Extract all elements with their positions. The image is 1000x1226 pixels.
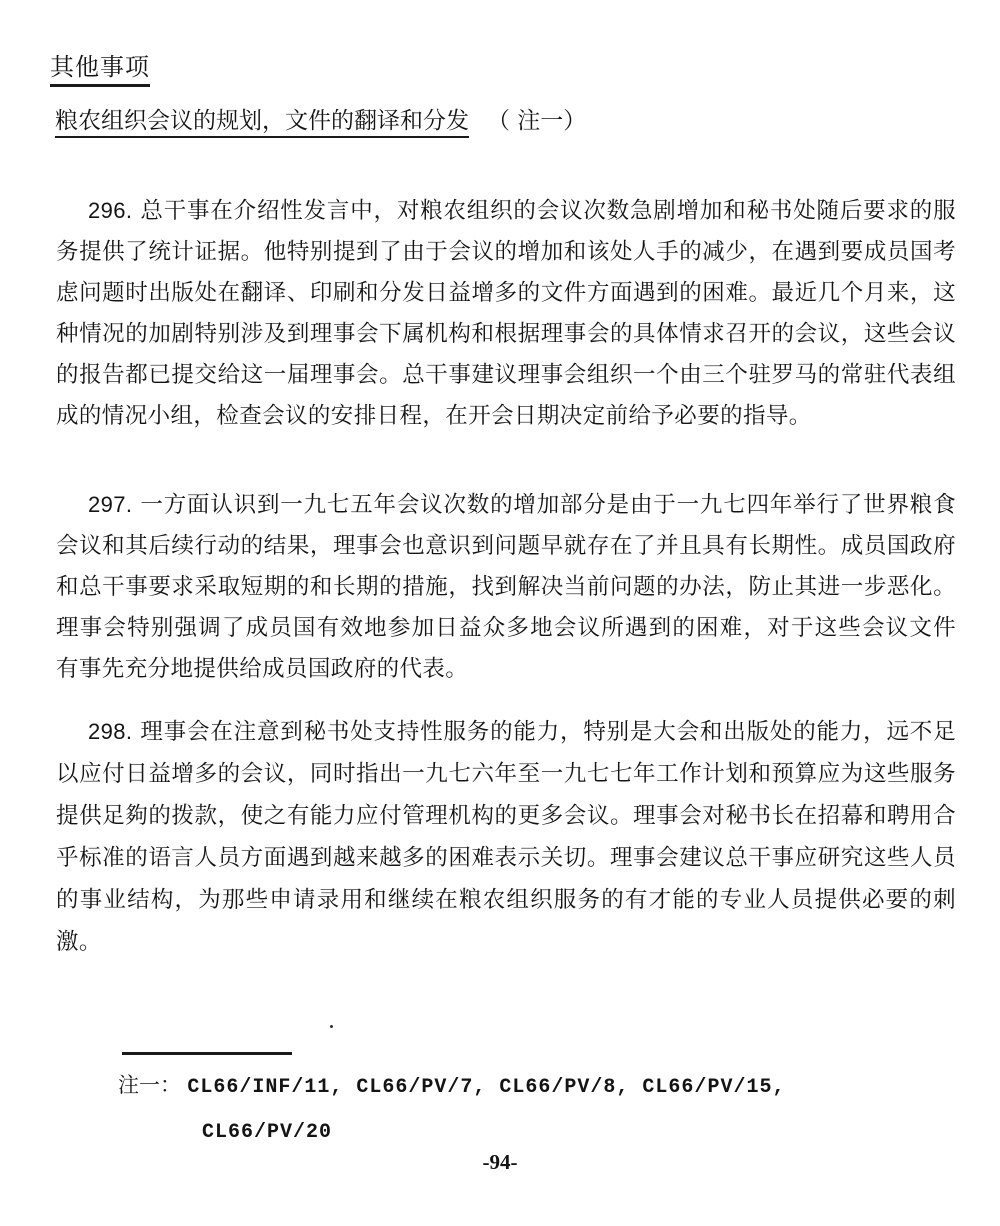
paragraph-text: 一方面认识到一九七五年会议次数的增加部分是由于一九七四年举行了世界粮食会议和其后… bbox=[56, 492, 979, 682]
paragraph-number: 297. bbox=[88, 492, 132, 517]
footnote-divider bbox=[122, 1052, 292, 1055]
footnote-refs-line1: CL66/INF/11, CL66/PV/7, CL66/PV/8, CL66/… bbox=[187, 1076, 785, 1099]
note-reference: （ 注一） bbox=[487, 108, 586, 134]
page-number: -94- bbox=[0, 1150, 1000, 1175]
paragraph-298: 298. 理事会在注意到秘书处支持性服务的能力，特别是大会和出版处的能力，远不足… bbox=[56, 711, 956, 963]
section-title: 其他事项 bbox=[50, 52, 150, 87]
paragraph-296: 296. 总干事在介绍性发言中，对粮农组织的会议次数急剧增加和秘书处随后要求的服… bbox=[56, 190, 956, 437]
paragraph-number: 298. bbox=[88, 719, 132, 744]
scan-speck bbox=[330, 1025, 333, 1028]
document-page: 其他事项 粮农组织会议的规划，文件的翻译和分发（ 注一） 296. 总干事在介绍… bbox=[0, 0, 1000, 1226]
subsection-heading: 粮农组织会议的规划，文件的翻译和分发（ 注一） bbox=[55, 106, 586, 136]
paragraph-text: 理事会在注意到秘书处支持性服务的能力，特别是大会和出版处的能力，远不足以应付日益… bbox=[56, 719, 956, 955]
footnote: 注一： CL66/INF/11, CL66/PV/7, CL66/PV/8, C… bbox=[118, 1064, 785, 1154]
paragraph-number: 296. bbox=[88, 198, 132, 223]
paragraph-297: 297. 一方面认识到一九七五年会议次数的增加部分是由于一九七四年举行了世界粮食… bbox=[56, 484, 956, 690]
footnote-refs-line2: CL66/PV/20 bbox=[202, 1121, 332, 1144]
footnote-label: 注一： bbox=[118, 1073, 181, 1097]
paragraph-text: 总干事在介绍性发言中，对粮农组织的会议次数急剧增加和秘书处随后要求的服务提供了统… bbox=[56, 198, 956, 429]
subsection-title: 粮农组织会议的规划，文件的翻译和分发 bbox=[55, 108, 469, 138]
